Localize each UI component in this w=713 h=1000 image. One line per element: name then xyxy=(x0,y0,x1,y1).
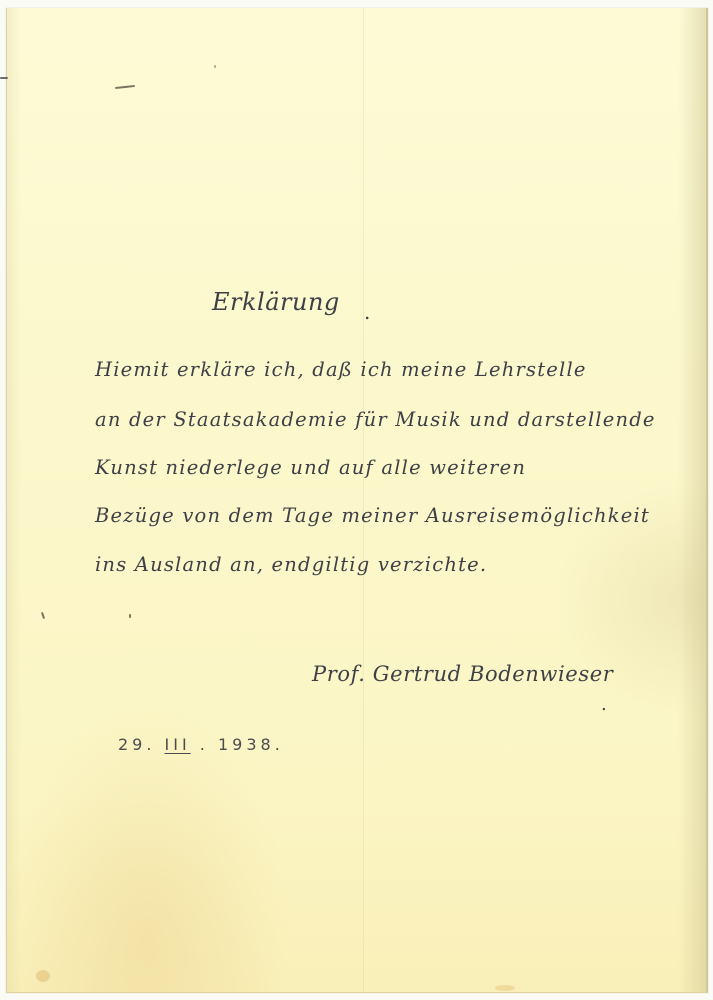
date-separator: . xyxy=(200,735,209,754)
signature: Prof. Gertrud Bodenwieser xyxy=(312,662,613,686)
scanned-document: Erklärung . Hiemit erkläre ich, daß ich … xyxy=(0,0,713,1000)
body-line: Bezüge von dem Tage meiner Ausreisemögli… xyxy=(95,504,650,527)
ink-speck xyxy=(129,614,131,618)
ink-speck xyxy=(214,65,216,68)
paper-fold-line xyxy=(363,8,364,992)
date-year: 1938. xyxy=(218,735,284,754)
date-month: III xyxy=(165,735,191,754)
body-line: Hiemit erkläre ich, daß ich meine Lehrst… xyxy=(95,358,587,381)
age-stain xyxy=(495,985,515,991)
title-period: . xyxy=(364,300,370,324)
document-date: 29. III . 1938. xyxy=(118,735,284,754)
paper-sheet xyxy=(6,8,708,993)
age-stain xyxy=(36,970,50,982)
signature-period: . xyxy=(601,694,607,715)
document-title: Erklärung xyxy=(212,288,340,316)
body-line: Kunst niederlege und auf alle weiteren xyxy=(95,456,526,479)
body-line: ins Ausland an, endgiltig verzichte. xyxy=(95,553,487,576)
body-line: an der Staatsakademie für Musik und dars… xyxy=(95,408,656,431)
ink-speck xyxy=(0,77,8,79)
date-day: 29. xyxy=(118,735,155,754)
